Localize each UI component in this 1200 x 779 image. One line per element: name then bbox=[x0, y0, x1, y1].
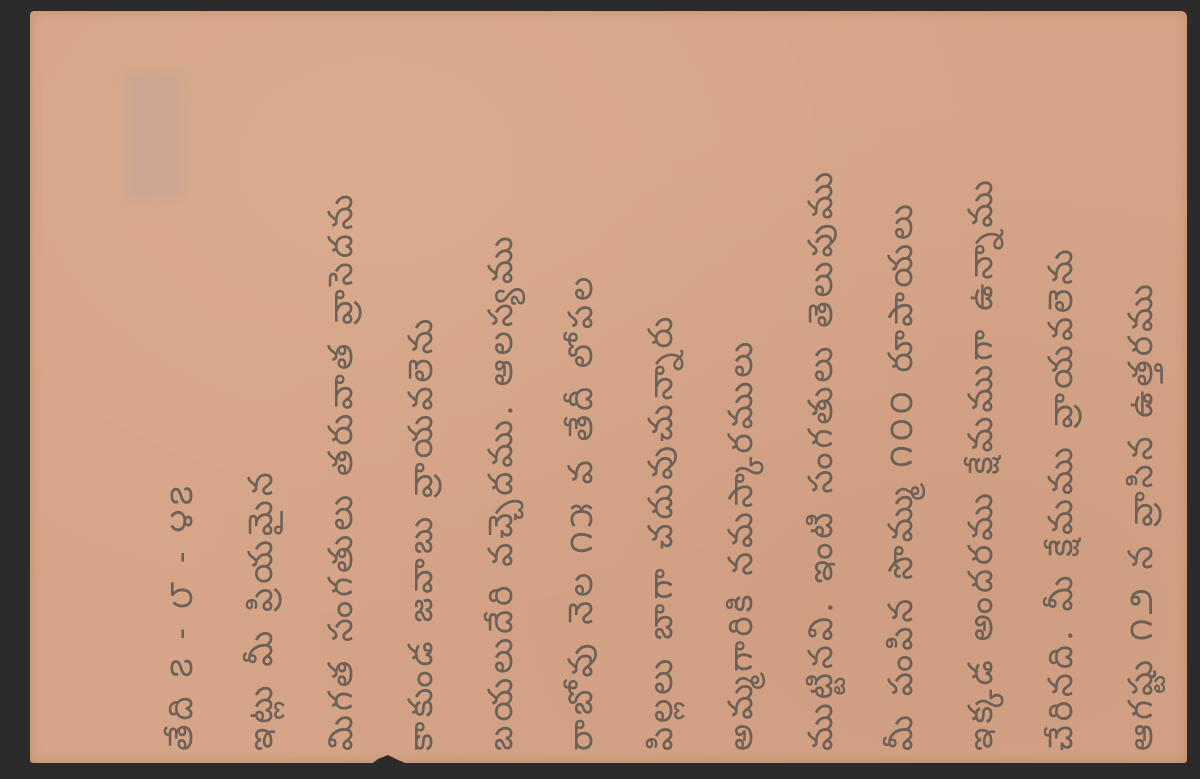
postcard: ఆగష్టు ౧౨ న వ్రాసిన ఉత్తరము చేరినది. మీ … bbox=[30, 11, 1187, 763]
handwritten-line: రాబోవు నెల ౧౫ వ తేదీ లోపల bbox=[555, 31, 607, 751]
handwritten-line: చేరినది. మీ క్షేమము వ్రాయవలెను bbox=[1035, 31, 1087, 751]
handwritten-line: తేది ౭ - ౮ - ౪౭ bbox=[155, 31, 207, 751]
handwritten-line: అమ్మగారికి నమస్కారములు bbox=[715, 31, 767, 751]
torn-edge bbox=[370, 755, 410, 765]
handwritten-line: ఇక్కడ అందరము క్షేమముగా ఉన్నాము bbox=[955, 31, 1007, 751]
handwritten-line: మీ పంపిన సొమ్ము ౧౦౦ రూపాయలు bbox=[875, 31, 927, 751]
handwritten-line: ఆగష్టు ౧౨ న వ్రాసిన ఉత్తరము bbox=[1115, 31, 1167, 751]
handwritten-line: బయలుదేరి వచ్చెదము. ఆలస్యము bbox=[475, 31, 527, 751]
handwritten-line: కాకుండ జవాబు వ్రాయవలెను bbox=[395, 31, 447, 751]
handwritten-line: పిల్లలు బాగా చదువుచున్నారు bbox=[635, 31, 687, 751]
handwritten-line: ఇట్లు మీ ప్రియమైన bbox=[235, 31, 287, 751]
handwritten-line: మిగత సంగతులు తరువాత వ్రాసెదను bbox=[315, 31, 367, 751]
handwritten-line: ముట్టినవి. ఇంటి సంగతులు తెలుపుము bbox=[795, 31, 847, 751]
